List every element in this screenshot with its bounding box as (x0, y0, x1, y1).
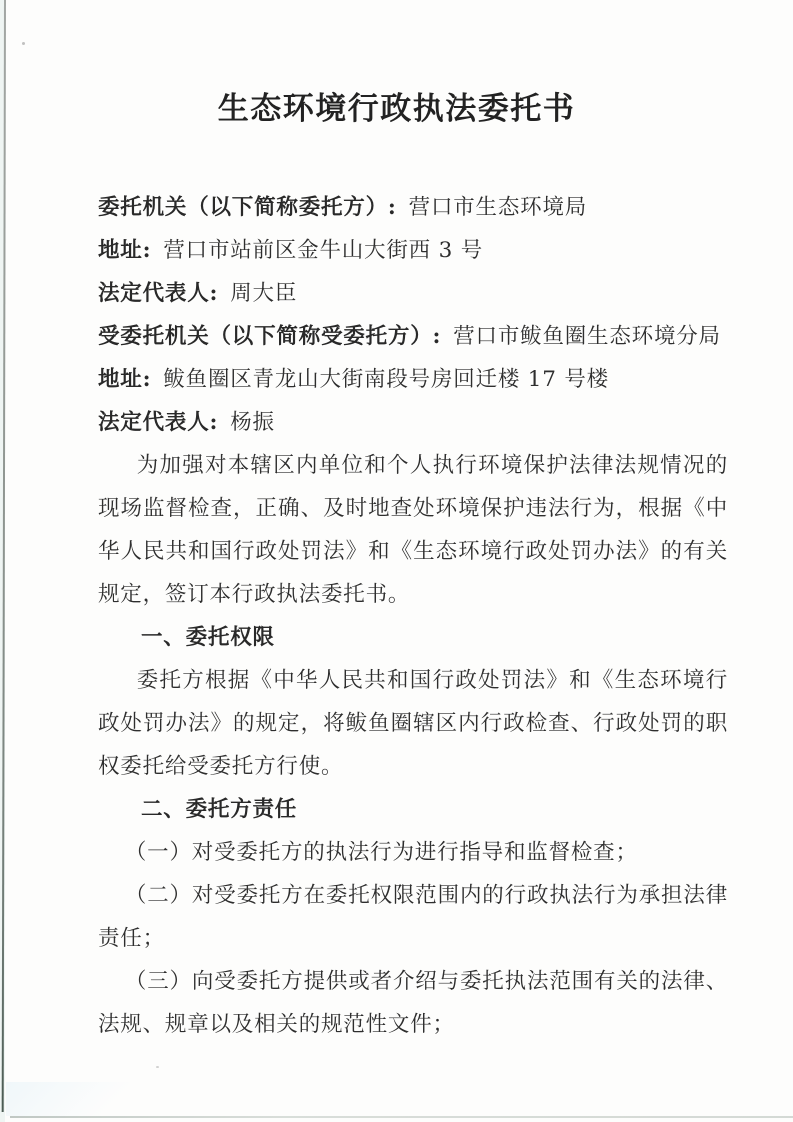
info-label: 地址: (98, 238, 151, 263)
document-title: 生态环境行政执法委托书 (0, 90, 793, 128)
info-value: 鲅鱼圈区青龙山大街南段号房回迁楼 17 号楼 (163, 367, 609, 392)
scan-speck (156, 1066, 159, 1068)
paragraph-preamble: 为加强对本辖区内单位和个人执行环境保护法律法规情况的现场监督检查，正确、及时地查… (98, 444, 728, 616)
info-label: 委托机关（以下简称委托方）: (98, 195, 397, 220)
info-line-entrusting-representative: 法定代表人:周大臣 (98, 272, 728, 315)
info-line-entrusted-representative: 法定代表人:杨振 (98, 401, 728, 444)
section-heading-entrust-scope: 一、委托权限 (98, 616, 728, 659)
duty-item-3: （三）向受委托方提供或者介绍与委托执法范围有关的法律、法规、规章以及相关的规范性… (98, 960, 728, 1046)
info-line-entrusting-organ: 委托机关（以下简称委托方）:营口市生态环境局 (98, 186, 728, 229)
info-label: 受委托机关（以下简称受委托方）: (98, 324, 441, 349)
info-value: 营口市生态环境局 (409, 195, 587, 220)
scanned-document-page: 生态环境行政执法委托书 委托机关（以下简称委托方）:营口市生态环境局 地址:营口… (0, 0, 793, 1122)
info-value: 营口市鲅鱼圈生态环境分局 (453, 324, 721, 349)
info-value: 杨振 (230, 410, 275, 435)
info-line-entrusted-organ: 受委托机关（以下简称受委托方）:营口市鲅鱼圈生态环境分局 (98, 315, 728, 358)
duty-item-2: （二）对受委托方在委托权限范围内的行政执法行为承担法律责任； (98, 874, 728, 960)
document-body: 委托机关（以下简称委托方）:营口市生态环境局 地址:营口市站前区金牛山大街西 3… (98, 186, 728, 1046)
paragraph-entrust-scope: 委托方根据《中华人民共和国行政处罚法》和《生态环境行政处罚办法》的规定，将鲅鱼圈… (98, 659, 728, 788)
info-label: 法定代表人: (98, 281, 218, 306)
scan-edge-line-bottom (10, 1116, 793, 1118)
scan-speck (22, 42, 25, 45)
section-heading-entruster-duties: 二、委托方责任 (98, 788, 728, 831)
duty-item-1: （一）对受委托方的执法行为进行指导和监督检查； (98, 831, 728, 874)
info-label: 法定代表人: (98, 410, 218, 435)
info-value: 周大臣 (230, 281, 297, 306)
info-value: 营口市站前区金牛山大街西 3 号 (163, 238, 483, 263)
info-line-entrusted-address: 地址:鲅鱼圈区青龙山大街南段号房回迁楼 17 号楼 (98, 358, 728, 401)
scan-bottom-left-tint (6, 1082, 156, 1116)
info-line-entrusting-address: 地址:营口市站前区金牛山大街西 3 号 (98, 229, 728, 272)
info-label: 地址: (98, 367, 151, 392)
